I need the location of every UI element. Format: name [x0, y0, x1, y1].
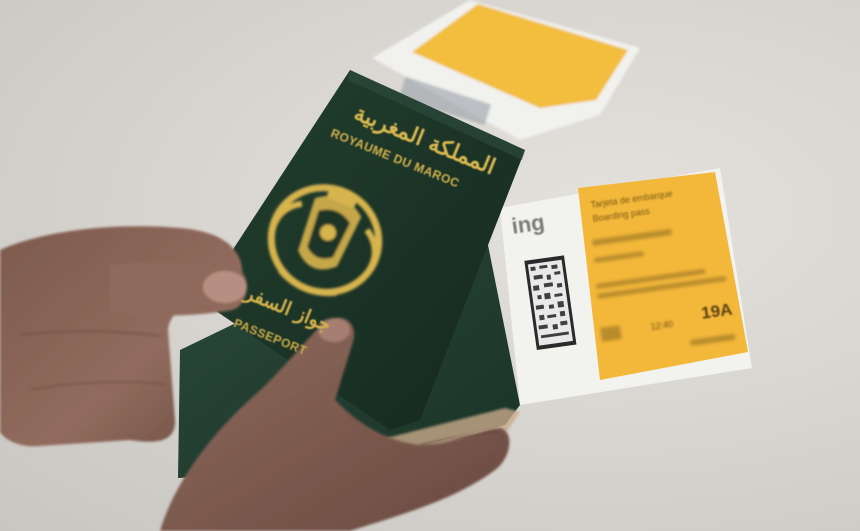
- front-boarding-pass: [500, 168, 752, 405]
- photo-illustration: [0, 0, 860, 531]
- blurred-gate-info: [600, 325, 622, 342]
- photo-scene: المملكة المغربية ROYAUME DU MAROC جواز ا…: [0, 0, 860, 531]
